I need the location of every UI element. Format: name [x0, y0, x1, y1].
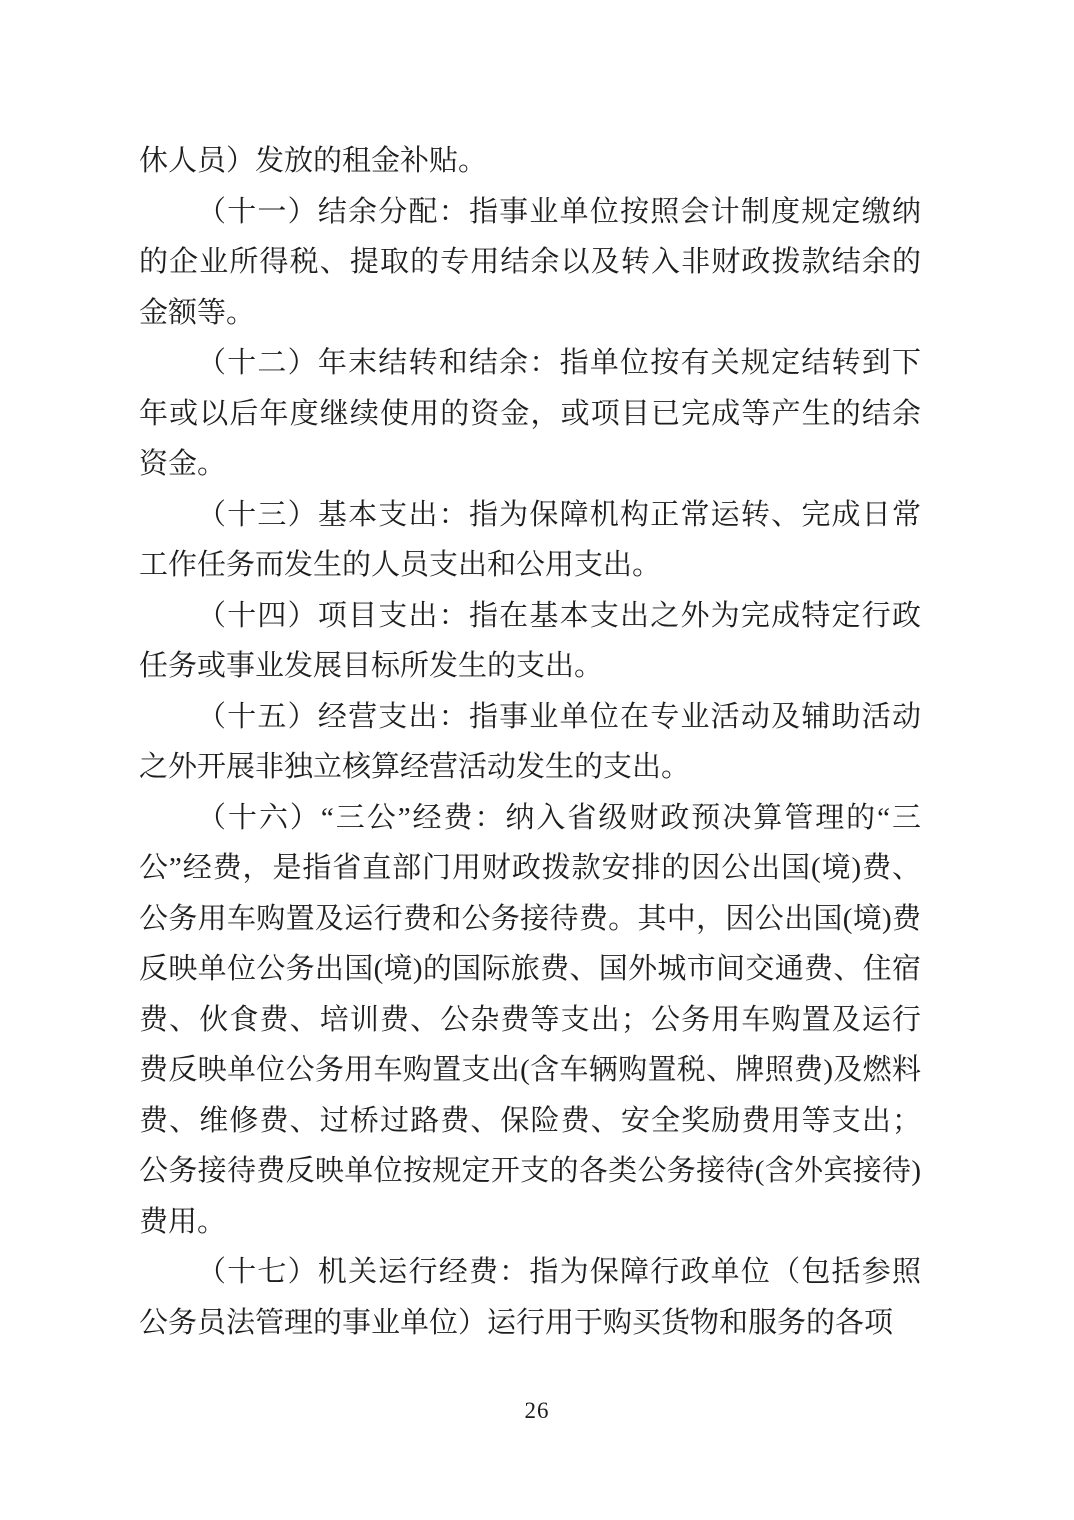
text-block: 休人员）发放的租金补贴。 （十一）结余分配：指事业单位按照会计制度规定缴纳的企业…	[139, 136, 921, 1348]
paragraph-item-15: （十五）经营支出：指事业单位在专业活动及辅助活动之外开展非独立核算经营活动发生的…	[139, 692, 921, 793]
page-number: 26	[0, 1398, 1074, 1424]
paragraph-item-11: （十一）结余分配：指事业单位按照会计制度规定缴纳的企业所得税、提取的专用结余以及…	[139, 187, 921, 339]
paragraph-item-12: （十二）年末结转和结余：指单位按有关规定结转到下年或以后年度继续使用的资金，或项…	[139, 338, 921, 490]
paragraph-item-13: （十三）基本支出：指为保障机构正常运转、完成日常工作任务而发生的人员支出和公用支…	[139, 490, 921, 591]
document-page: 休人员）发放的租金补贴。 （十一）结余分配：指事业单位按照会计制度规定缴纳的企业…	[0, 0, 1074, 1520]
paragraph-item-17: （十七）机关运行经费：指为保障行政单位（包括参照公务员法管理的事业单位）运行用于…	[139, 1247, 921, 1348]
paragraph-item-16: （十六）“三公”经费：纳入省级财政预决算管理的“三公”经费，是指省直部门用财政拨…	[139, 793, 921, 1248]
paragraph-item-14: （十四）项目支出：指在基本支出之外为完成特定行政任务或事业发展目标所发生的支出。	[139, 591, 921, 692]
paragraph-continuation: 休人员）发放的租金补贴。	[139, 136, 921, 187]
